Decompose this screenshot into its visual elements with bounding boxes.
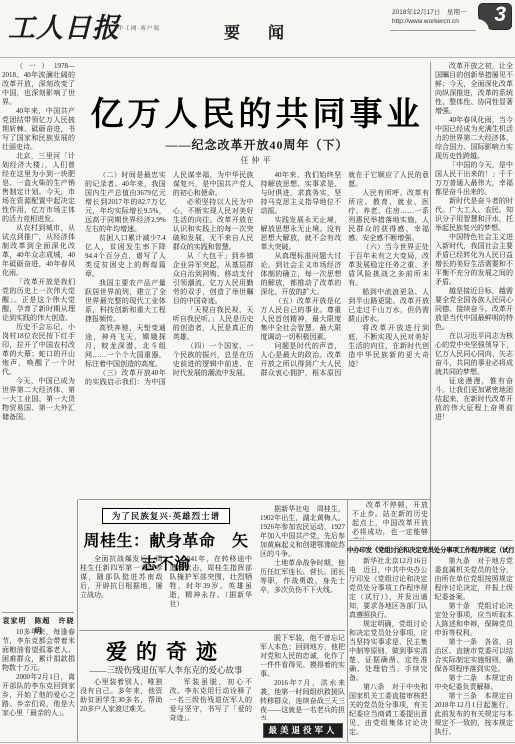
main-article-subtitle: ——纪念改革开放40周年（下） (85, 136, 429, 153)
date-divider (390, 30, 476, 31)
main-article-flow-extra: 改革不停顿，开放不止步。站在新的历史起点上，中国改革开放必将成功，也一定能够成功… (352, 501, 428, 539)
page-bottom-rule (0, 742, 515, 743)
date-block: 2018年12月17日 星期一 http://www.workercn.cn (392, 8, 478, 26)
box-right-divider (347, 499, 348, 742)
love-article-right-column: 脱下军装，他不曾忘记军人本色；回到地方，他把对党和人民的忠诚，化作了一件件看得见… (260, 634, 345, 720)
love-article-subtitle: ——三级伤残退伍军人李东克的爱心故事 (80, 664, 252, 676)
main-article-title: 亿万人民的共同事业 (85, 88, 429, 135)
hero-article-right-column: 据新华社电 周桂生，1902年出生，湖北黄梅人。1926年参加农民运动，1927… (260, 505, 345, 627)
love-box-top-rule (79, 630, 345, 631)
regulation-top-rule (347, 540, 513, 541)
main-article-flow-columns: （二）时间是最忠实的记录者。40年来，我国国内生产总值由3679亿元增长到201… (85, 171, 429, 497)
veteran-badge: 最美退役军人 (263, 723, 343, 738)
website-url[interactable]: http://www.workercn.cn (392, 17, 478, 26)
intro-top-rule (2, 612, 74, 613)
masthead-divider (0, 57, 515, 58)
left-column-divider (77, 499, 78, 742)
hero-article-flow: 全面抗战爆发后，周桂生任新四军第一支队参谋，随部队挺进苏南敌后，开辟抗日根据地，… (80, 555, 252, 627)
hero-kicker-wrap: 为了民族复兴·英雄烈士谱 (80, 506, 252, 524)
newspaper-page: 工人日报 中工网·客户端 要 闻 2018年12月17日 星期一 http://… (0, 0, 515, 744)
hero-box-top-rule (79, 499, 430, 500)
section-title: 要 闻 (85, 20, 429, 43)
regulation-title: 中办印发《党组讨论和决定党员处分事项工作程序规定（试行）》 (347, 545, 514, 554)
hero-kicker-badge: 为了民族复兴·英雄烈士谱 (102, 508, 230, 524)
hero-article-box: 为了民族复兴·英雄烈士谱 周桂生：献身革命 矢志不渝 全面抗战爆发后，周桂生任新… (80, 503, 345, 628)
regulation-columns: 新华社北京12月16日电 近日，中共中央办公厅印发《党组讨论和决定党员处分事项工… (349, 557, 513, 740)
date-text: 2018年12月17日 星期一 (392, 8, 478, 17)
love-article-flow: 心里装着别人，唯独没有自己。多年来，他资助贫困学生30多名，帮助20多户人家渡过… (80, 678, 252, 740)
love-article-box: 爱的奇迹 ——三级伤残退伍军人李东克的爱心故事 心里装着别人，唯独没有自己。多年… (80, 633, 345, 741)
page-number-badge: 3 (478, 3, 512, 30)
love-article-intro-column: 10多年来，每逢春节，李东克都会带着米面粮油看望孤寡老人、困难群众，累计捐款捐物… (2, 628, 75, 742)
main-article-column-1: （一）1978—2018。40年波澜壮阔的改革开放，深刻改变了中国，也深刻影响了… (2, 62, 75, 609)
love-article-title: 爱的奇迹 (80, 636, 252, 666)
main-article-column-6: 改革开放之初，让全国瞩目的创新举措屡见不鲜；今天，全面深化改革向纵深推进，改革的… (435, 62, 513, 538)
love-article-intro-block: 袁家明 陈超 许晓明 10多年来，每逢春节，李东克都会带着米面粮油看望孤寡老人、… (2, 616, 75, 742)
main-article-byline: 任仲平 (85, 155, 429, 166)
page-number: 3 (494, 3, 506, 27)
page-badge-curl (477, 19, 489, 31)
